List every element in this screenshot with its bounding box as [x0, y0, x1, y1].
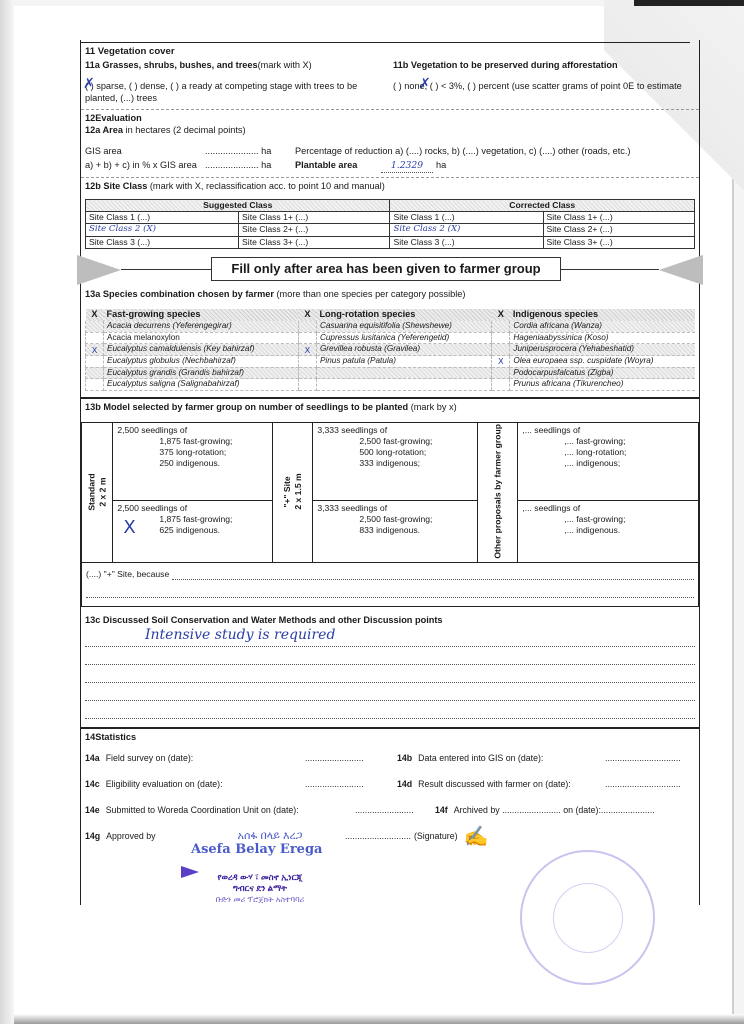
seedling-total: 2,500 seedlings of [117, 425, 187, 435]
species-checkbox-marked[interactable]: X [298, 344, 316, 356]
section-12a-note: in hectares (2 decimal points) [126, 125, 246, 135]
official-seal [520, 850, 655, 985]
table-row: Acacia decurrens (Yeferengegirar) Casuar… [86, 321, 696, 333]
signature-icon: ✍ [458, 824, 489, 850]
evaluation-form: 11 Vegetation cover 11a Grasses, shrubs,… [80, 40, 700, 905]
species-checkbox[interactable] [492, 344, 510, 356]
table-row: Site Class 3 (...) Site Class 3+ (...) S… [86, 236, 695, 248]
section-13b-note: (mark by x) [411, 402, 457, 412]
table-row: Site Class 2 (X) Site Class 2+ (...) Sit… [86, 224, 695, 236]
table-row: Acacia melanoxylon Cupressus lusitanica … [86, 332, 696, 344]
seedling-indigenous: 833 indigenous. [317, 525, 473, 536]
site-class-cell[interactable]: Site Class 2+ (...) [543, 224, 694, 236]
species-name: Eucalyptus saligna (Salignabahirzaf) [104, 379, 299, 391]
stat-14b: 14bData entered into GIS on (date): [385, 753, 605, 764]
species-checkbox[interactable] [86, 356, 104, 368]
x-mark-sparse: ✗ [83, 77, 95, 91]
species-name [316, 379, 491, 391]
discussion-line-5[interactable] [85, 705, 695, 719]
site-class-cell[interactable]: Site Class 3+ (...) [543, 236, 694, 248]
stat-14f-field[interactable]: ........................ on (date):.....… [502, 805, 655, 815]
x-column-header: X [86, 309, 104, 321]
seedling-long: 375 long-rotation; [117, 447, 268, 458]
species-name: Eucalyptus globulus (Nechbahirzaf) [104, 356, 299, 368]
species-name: Eucalyptus grandis (Grandis bahirzaf) [104, 367, 299, 379]
approved-by-dots[interactable]: ........................... [345, 831, 411, 842]
section-13c-title: 13c Discussed Soil Conservation and Wate… [85, 615, 695, 627]
species-name: Acacia melanoxylon [104, 332, 299, 344]
section-11a: 11a Grasses, shrubs, bushes, and trees(m… [85, 60, 387, 105]
species-name: Cupressus lusitanica (Yeferengetid) [316, 332, 491, 344]
fast-growing-header: Fast-growing species [104, 309, 299, 321]
discussion-line-2[interactable] [85, 651, 695, 665]
species-name: Casuarina equisitifolia (Shewshewe) [316, 321, 491, 333]
x-column-header: X [298, 309, 316, 321]
species-name: Juniperusprocera (Yehabeshatid) [510, 344, 695, 356]
indigenous-header: Indigenous species [510, 309, 695, 321]
section-12b-note: (mark with X, reclassification acc. to p… [150, 181, 385, 191]
species-name: Acacia decurrens (Yeferengegirar) [104, 321, 299, 333]
species-name: Podocarpusfalcatus (Zigba) [510, 367, 695, 379]
section-12a-title: 12a Area [85, 125, 123, 135]
species-checkbox[interactable] [492, 321, 510, 333]
stat-14c-field[interactable]: ........................ [305, 779, 385, 790]
plus-site-because-label: (....) "+" Site, because [86, 569, 169, 580]
species-checkbox[interactable] [492, 332, 510, 344]
section-11a-title: 11a Grasses, shrubs, bushes, and trees [85, 60, 258, 70]
other-proposals-label: Other proposals by farmer group [478, 422, 518, 562]
signature-label: (Signature) [411, 831, 458, 842]
species-checkbox[interactable] [298, 356, 316, 368]
site-class-cell[interactable]: Site Class 1+ (...) [543, 212, 694, 224]
standard-spacing: 2 x 2 m [97, 478, 107, 507]
seedling-total: ,... seedlings of [522, 503, 580, 513]
seedling-indigenous: 625 indigenous. [117, 525, 268, 536]
section-11b: 11b Vegetation to be preserved during af… [387, 60, 695, 105]
section-11: 11 Vegetation cover 11a Grasses, shrubs,… [81, 40, 699, 105]
section-11a-note: (mark with X) [258, 60, 312, 70]
seedling-fast: 1,875 fast-growing; [117, 514, 268, 525]
species-checkbox-marked[interactable]: X [492, 356, 510, 368]
site-class-table: Suggested Class Corrected Class Site Cla… [85, 199, 695, 249]
x-mark-standard-b: X [123, 519, 135, 537]
scan-top-edge [634, 0, 744, 6]
stat-14b-field[interactable]: ............................... [605, 753, 681, 764]
species-checkbox[interactable] [86, 367, 104, 379]
stamp-line-1: የወረዳ ውሃ ፣ መስኖ ኢነርጂ [185, 872, 335, 883]
stat-14g: 14gApproved by [85, 831, 195, 842]
stamp-arrow-icon [181, 866, 199, 878]
site-class-cell[interactable]: Site Class 3 (...) [86, 236, 239, 248]
seedling-long: 500 long-rotation; [317, 447, 473, 458]
suggested-class-header: Suggested Class [86, 200, 390, 212]
section-12: 12Evaluation 12a Area in hectares (2 dec… [81, 110, 699, 173]
seedling-fast: ,... fast-growing; [522, 436, 694, 447]
site-class-cell-marked[interactable]: Site Class 2 (X) [390, 224, 543, 236]
plus-site-label: "+" Site [282, 477, 292, 508]
seedling-total: 3,333 seedlings of [317, 425, 387, 435]
section-11b-title: 11b Vegetation to be preserved during af… [393, 60, 618, 70]
discussion-line-4[interactable] [85, 687, 695, 701]
section-11-title: 11 Vegetation cover [85, 46, 695, 58]
species-checkbox[interactable] [298, 321, 316, 333]
table-row: Eucalyptus saligna (Salignabahirzaf) Pru… [86, 379, 696, 391]
section-13a-note: (more than one species per category poss… [277, 289, 466, 299]
species-name: Eucalyptus camaldulensis (Key bahirzaf) [104, 344, 299, 356]
section-13a-title: 13a Species combination chosen by farmer [85, 289, 274, 299]
species-checkbox[interactable] [86, 379, 104, 391]
gis-area-label: GIS area [85, 146, 205, 158]
corrected-class-header: Corrected Class [390, 200, 695, 212]
x-mark-less-3pct: ✗ [419, 77, 431, 91]
discussion-line-3[interactable] [85, 669, 695, 683]
scan-left-edge [0, 0, 14, 1024]
seedling-total: ,... seedlings of [522, 425, 580, 435]
banner-text: Fill only after area has been given to f… [211, 257, 561, 281]
species-checkbox[interactable] [298, 332, 316, 344]
standard-model-label: Standard 2 x 2 m [82, 422, 113, 562]
species-checkbox[interactable] [86, 321, 104, 333]
discussion-line-1[interactable]: Intensive study is required [85, 627, 695, 647]
gis-area-field[interactable]: ..................... ha [205, 146, 295, 158]
species-name: Prunus africana (Tikurencheo) [510, 379, 695, 391]
table-row: Eucalyptus globulus (Nechbahirzaf) Pinus… [86, 356, 696, 368]
stat-14c: 14cEligibility evaluation on (date): [85, 779, 305, 790]
site-class-cell[interactable]: Site Class 1 (...) [390, 212, 543, 224]
species-name: Hageniaabyssinica (Koso) [510, 332, 695, 344]
stat-14f: 14fArchived by ........................ … [435, 805, 655, 816]
species-checkbox[interactable] [492, 379, 510, 391]
other-option-b[interactable]: ,... seedlings of ,... fast-growing; ,..… [518, 501, 699, 563]
plantable-area-unit: ha [433, 160, 446, 173]
species-checkbox[interactable] [298, 379, 316, 391]
section-13b-title: 13b Model selected by farmer group on nu… [85, 402, 408, 412]
approver-stamp-amharic: አሰፋ በላይ እረጋ [195, 829, 345, 843]
seedling-fast: 2,500 fast-growing; [317, 514, 473, 525]
seedling-indigenous: ,... indigenous; [522, 458, 694, 469]
plus-site-option-a[interactable]: 3,333 seedlings of 2,500 fast-growing; 5… [313, 422, 478, 500]
species-name: Cordia africana (Wanza) [510, 321, 695, 333]
seedling-long: ,... long-rotation; [522, 447, 694, 458]
stat-14e: 14eSubmitted to Woreda Coordination Unit… [85, 805, 355, 816]
site-class-cell[interactable]: Site Class 3+ (...) [239, 236, 390, 248]
seedling-model-table: Standard 2 x 2 m 2,500 seedlings of 1,87… [81, 422, 699, 607]
section-11b-options[interactable]: ( ) none, ( ) < 3%, ( ) percent (use sca… [393, 81, 682, 91]
site-class-cell[interactable]: Site Class 2+ (...) [239, 224, 390, 236]
scan-bottom-edge [14, 1014, 744, 1024]
species-checkbox[interactable] [86, 332, 104, 344]
abc-label: a) + b) + c) in % x GIS area [85, 160, 205, 173]
species-checkbox-marked[interactable]: X [86, 344, 104, 356]
plantable-area-field[interactable]: 1.2329 [381, 160, 433, 173]
seedling-indigenous: 250 indigenous. [117, 458, 268, 469]
seedling-indigenous: ,... indigenous. [522, 525, 694, 536]
stamp-line-2: ግብርና ደን ልማት [185, 883, 335, 894]
abc-field[interactable]: ..................... ha [205, 160, 295, 173]
table-row: X Eucalyptus camaldulensis (Key bahirzaf… [86, 344, 696, 356]
site-class-cell[interactable]: Site Class 3 (...) [390, 236, 543, 248]
species-name [316, 367, 491, 379]
stat-14a: 14aField survey on (date): [85, 753, 305, 764]
fill-after-banner: Fill only after area has been given to f… [81, 253, 699, 289]
seedling-total: 2,500 seedlings of [117, 503, 187, 513]
seedling-fast: ,... fast-growing; [522, 514, 694, 525]
standard-label: Standard [86, 474, 96, 511]
standard-option-b[interactable]: 2,500 seedlings of X 1,875 fast-growing;… [113, 501, 273, 563]
stat-14a-field[interactable]: ........................ [305, 753, 385, 764]
species-checkbox[interactable] [492, 367, 510, 379]
species-checkbox[interactable] [298, 367, 316, 379]
standard-option-a[interactable]: 2,500 seedlings of 1,875 fast-growing; 3… [113, 422, 273, 500]
long-rotation-header: Long-rotation species [316, 309, 491, 321]
species-table: X Fast-growing species X Long-rotation s… [85, 309, 695, 391]
section-12b-title: 12b Site Class [85, 181, 147, 191]
reduction-label[interactable]: Percentage of reduction a) (....) rocks,… [295, 146, 630, 158]
x-column-header: X [492, 309, 510, 321]
table-row: Eucalyptus grandis (Grandis bahirzaf) Po… [86, 367, 696, 379]
right-triangle-decoration [659, 255, 703, 285]
stat-14e-field[interactable]: ........................ [355, 805, 435, 816]
species-name: Grevillea robusta (Gravilea) [316, 344, 491, 356]
seedling-total: 3,333 seedlings of [317, 503, 387, 513]
stat-14d: 14dResult discussed with farmer on (date… [385, 779, 605, 790]
site-class-cell-marked[interactable]: Site Class 2 (X) [86, 224, 239, 236]
plantable-area-label: Plantable area [295, 160, 381, 173]
seedling-indigenous: 333 indigenous; [317, 458, 473, 469]
table-row: Site Class 1 (...) Site Class 1+ (...) S… [86, 212, 695, 224]
left-triangle-decoration [77, 255, 121, 285]
other-option-a[interactable]: ,... seedlings of ,... fast-growing; ,..… [518, 422, 699, 500]
seedling-fast: 1,875 fast-growing; [117, 436, 268, 447]
species-name: Pinus patula (Patula) [316, 356, 491, 368]
section-12-title: 12Evaluation [85, 113, 695, 125]
seedling-fast: 2,500 fast-growing; [317, 436, 473, 447]
stat-14d-field[interactable]: ............................... [605, 779, 681, 790]
species-name: Olea europaea ssp. cuspidate (Woyra) [510, 356, 695, 368]
site-class-cell[interactable]: Site Class 1 (...) [86, 212, 239, 224]
seal-inner-ring [553, 883, 623, 953]
section-11a-options[interactable]: ( ) sparse, ( ) dense, ( ) a ready at co… [85, 81, 357, 103]
section-14-title: 14Statistics [85, 732, 695, 744]
site-class-cell[interactable]: Site Class 1+ (...) [239, 212, 390, 224]
plus-site-model-label: "+" Site 2 x 1.5 m [273, 422, 313, 562]
plus-site-spacing: 2 x 1.5 m [293, 474, 303, 510]
plus-site-reason[interactable]: (....) "+" Site, because [82, 562, 699, 606]
plus-site-option-b[interactable]: 3,333 seedlings of 2,500 fast-growing; 8… [313, 501, 478, 563]
stamp-line-3: ቡድን መሪ ፕሮጀክት አስተባባሪ [185, 895, 335, 905]
